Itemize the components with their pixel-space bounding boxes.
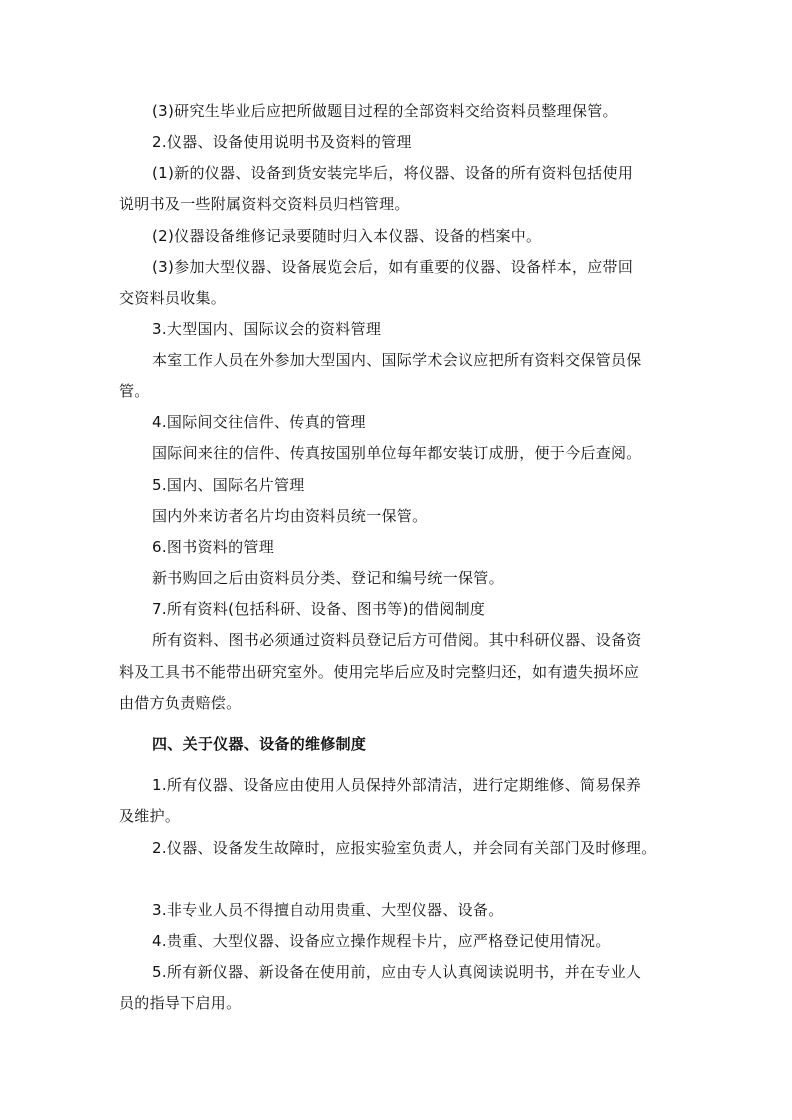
paragraph-line: (2)仪器设备维修记录要随时归入本仪器、设备的档案中。 (152, 226, 541, 246)
paragraph-line: 管。 (119, 381, 150, 401)
section-title: 3.大型国内、国际议会的资料管理 (152, 319, 381, 339)
paragraph-line: 5.所有新仪器、新设备在使用前，应由专人认真阅读说明书，并在专业人 (152, 962, 641, 982)
paragraph-line: 本室工作人员在外参加大型国内、国际学术会议应把所有资料交保管员保 (152, 350, 642, 370)
paragraph-line: 由借方负责赔偿。 (119, 693, 241, 713)
section-title: 4.国际间交往信件、传真的管理 (152, 412, 366, 432)
paragraph-line: 2.仪器、设备发生故障时，应报实验室负责人，并会同有关部门及时修理。 (152, 838, 657, 858)
paragraph-line: 所有资料、图书必须通过资料员登记后方可借阅。其中科研仪器、设备资 (152, 630, 642, 650)
paragraph-line: 3.非专业人员不得擅自动用贵重、大型仪器、设备。 (152, 900, 504, 920)
paragraph-line: 料及工具书不能带出研究室外。使用完毕后应及时完整归还，如有遗失损坏应 (119, 662, 639, 682)
paragraph-line: (3)研究生毕业后应把所做题目过程的全部资料交给资料员整理保管。 (152, 101, 618, 121)
section-title: 6.图书资料的管理 (152, 537, 274, 557)
section-title: 2.仪器、设备使用说明书及资料的管理 (152, 132, 412, 152)
paragraph-line: 新书购回之后由资料员分类、登记和编号统一保管。 (152, 568, 504, 588)
paragraph-line: 交资料员收集。 (119, 288, 226, 308)
section-title: 7.所有资料(包括科研、设备、图书等)的借阅制度 (152, 599, 485, 619)
paragraph-line: (1)新的仪器、设备到货安装完毕后，将仪器、设备的所有资料包括使用 (152, 163, 633, 183)
paragraph-line: 国际间来往的信件、传真按国别单位每年都安装订成册，便于今后查阅。 (152, 443, 642, 463)
paragraph-line: 4.贵重、大型仪器、设备应立操作规程卡片，应严格登记使用情况。 (152, 931, 611, 951)
section-title: 5.国内、国际名片管理 (152, 475, 305, 495)
chapter-heading: 四、关于仪器、设备的维修制度 (152, 734, 366, 754)
paragraph-line: 1.所有仪器、设备应由使用人员保持外部清洁，进行定期维修、简易保养 (152, 775, 641, 795)
paragraph-line: 员的指导下启用。 (119, 993, 241, 1013)
paragraph-line: 国内外来访者名片均由资料员统一保管。 (152, 506, 427, 526)
paragraph-line: 说明书及一些附属资料交资料员归档管理。 (119, 194, 410, 214)
paragraph-line: (3)参加大型仪器、设备展览会后，如有重要的仪器、设备样本，应带回 (152, 257, 633, 277)
paragraph-line: 及维护。 (119, 806, 180, 826)
